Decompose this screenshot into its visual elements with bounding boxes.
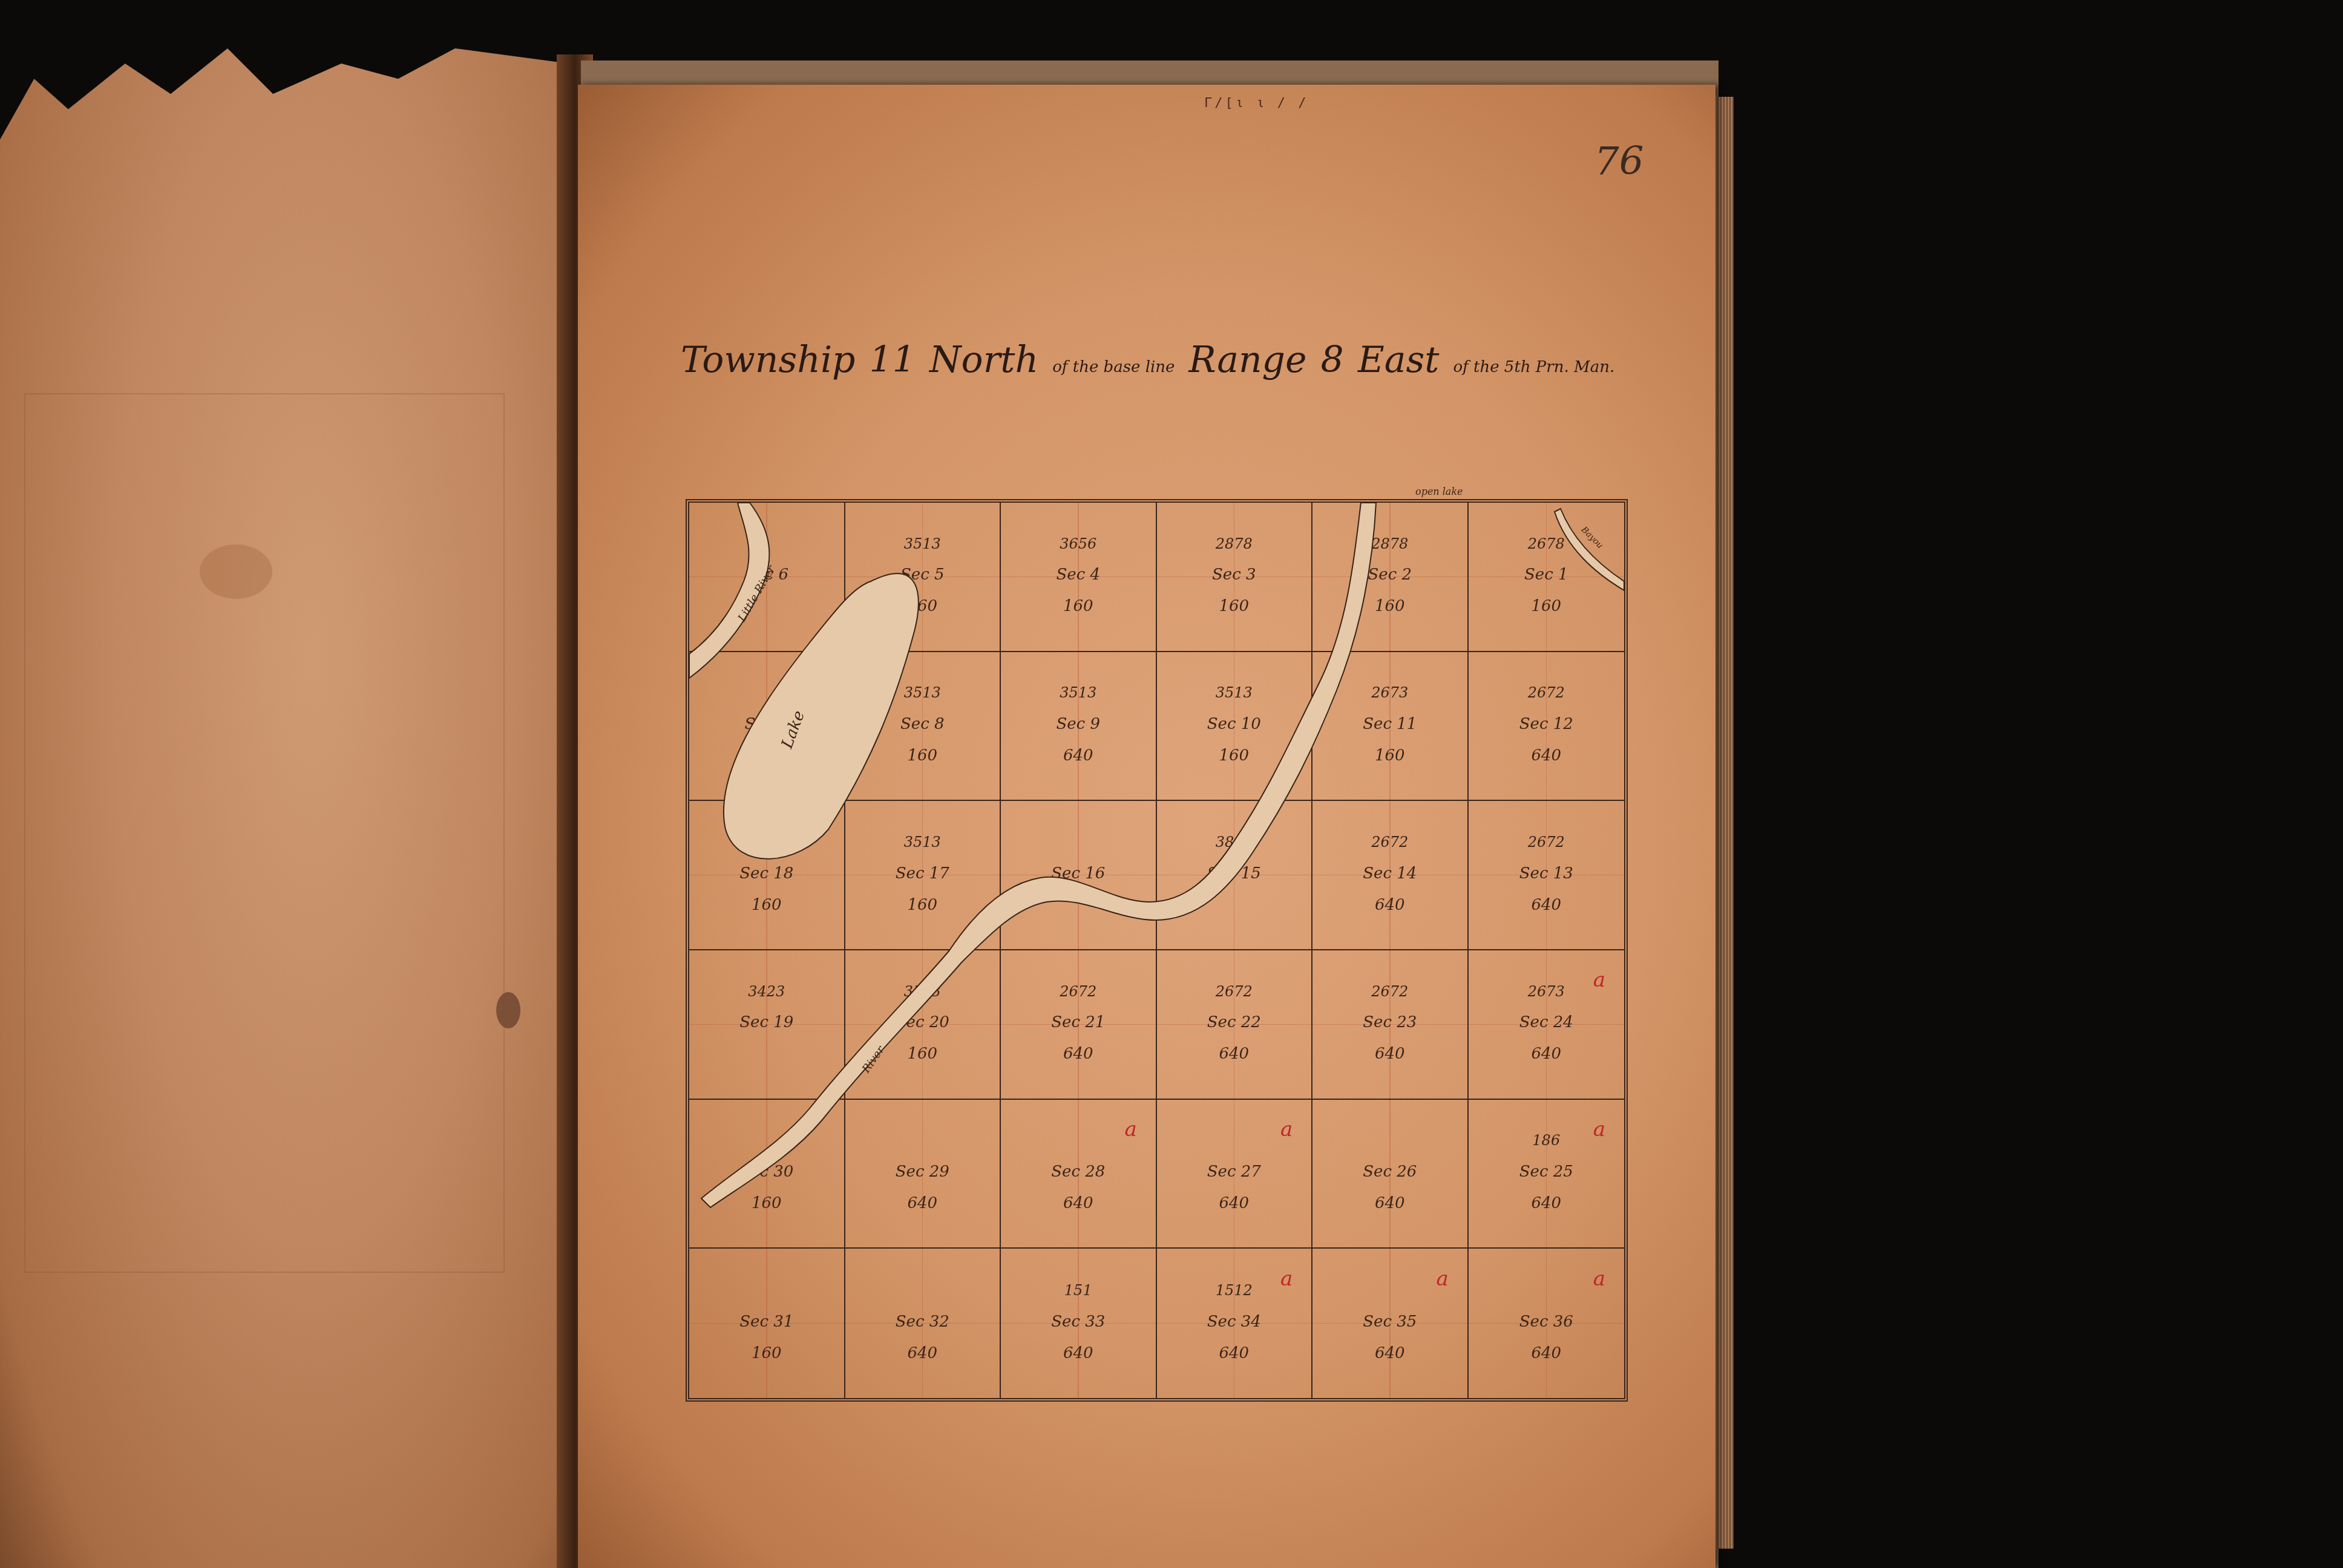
section-10: 3513Sec 10160 — [1157, 652, 1313, 802]
page-edges — [1715, 97, 1734, 1549]
section-label: Sec 4 — [1056, 566, 1100, 584]
section-29: Sec 29640 — [845, 1100, 1001, 1249]
section-label: Sec 15 — [1207, 864, 1261, 883]
section-31: Sec 31160 — [689, 1249, 845, 1398]
section-19: 3423Sec 19 — [689, 950, 845, 1100]
section-16: Sec 16 — [1001, 801, 1157, 950]
section-label: Sec 1 — [1524, 566, 1568, 584]
section-label: Sec 36 — [1519, 1313, 1573, 1331]
page-title: Township 11 North of the base line Range… — [681, 339, 1649, 381]
section-20: 3513Sec 20160 — [845, 950, 1001, 1100]
section-28: Sec 28640a — [1001, 1100, 1157, 1249]
section-30: Sec 30160 — [689, 1100, 845, 1249]
faint-frame — [24, 393, 505, 1273]
section-label: Sec 31 — [739, 1313, 793, 1331]
section-5: 3513Sec 5160 — [845, 503, 1001, 652]
section-label: Sec 13 — [1519, 864, 1573, 883]
page-number: 76 — [1594, 139, 1643, 184]
title-range-word: Range — [1189, 339, 1307, 381]
title-meridian: of the 5th Prn. Man. — [1453, 358, 1614, 376]
section-label: Sec 10 — [1207, 715, 1261, 733]
section-15: 3808Sec 15 — [1157, 801, 1313, 950]
right-page: Γ/[ι ι / / 76 Township 11 North of the b… — [578, 85, 1715, 1568]
section-1: 2678Sec 1160 — [1469, 503, 1625, 652]
section-2: 2878Sec 2160 — [1312, 503, 1469, 652]
section-label: Sec 18 — [739, 864, 793, 883]
section-24: 2673Sec 24640a — [1469, 950, 1625, 1100]
title-base-line: of the base line — [1052, 358, 1175, 376]
title-township-word: Township — [681, 339, 856, 381]
section-label: Sec 22 — [1207, 1013, 1261, 1031]
section-label: Sec 16 — [1051, 864, 1105, 883]
section-label: Sec 28 — [1051, 1163, 1105, 1181]
section-23: 2672Sec 23640 — [1312, 950, 1469, 1100]
section-label: Sec 33 — [1051, 1313, 1105, 1331]
top-mark: Γ/[ι ι / / — [1204, 96, 1308, 111]
section-32: Sec 32640 — [845, 1249, 1001, 1398]
section-label: Sec 24 — [1519, 1013, 1573, 1031]
section-label: Sec 12 — [1519, 715, 1573, 733]
section-26: Sec 26640 — [1312, 1100, 1469, 1249]
section-8: 3513Sec 8160 — [845, 652, 1001, 802]
section-label: Sec 9 — [1056, 715, 1100, 733]
open-lake-note: open lake — [1415, 486, 1463, 497]
section-33: 151Sec 33640 — [1001, 1249, 1157, 1398]
section-25: 186Sec 25640a — [1469, 1100, 1625, 1249]
section-label: Sec 26 — [1363, 1163, 1417, 1181]
left-page — [0, 48, 569, 1568]
township-plat-map: Sec 6 3513Sec 5160 3656Sec 4160 2878Sec … — [686, 499, 1628, 1402]
section-label: Sec 34 — [1207, 1313, 1261, 1331]
section-12: 2672Sec 12640 — [1469, 652, 1625, 802]
section-label: Sec 27 — [1207, 1163, 1261, 1181]
section-14: 2672Sec 14640 — [1312, 801, 1469, 950]
section-9: 3513Sec 9640 — [1001, 652, 1157, 802]
section-label: Sec 35 — [1363, 1313, 1417, 1331]
section-11: 2673Sec 11160 — [1312, 652, 1469, 802]
title-range-number: 8 — [1321, 339, 1344, 381]
section-label: Sec 17 — [896, 864, 949, 883]
section-label: Sec 5 — [900, 566, 945, 584]
section-17: 3513Sec 17160 — [845, 801, 1001, 950]
section-27: Sec 27640a — [1157, 1100, 1313, 1249]
title-range-direction: East — [1358, 339, 1439, 381]
section-label: Sec 32 — [896, 1313, 949, 1331]
section-label: Sec 30 — [739, 1163, 793, 1181]
section-35: Sec 35640a — [1312, 1249, 1469, 1398]
title-direction: North — [929, 339, 1038, 381]
section-3: 2878Sec 3160 — [1157, 503, 1313, 652]
section-label: Sec 7 — [744, 715, 788, 733]
section-label: Sec 21 — [1051, 1013, 1105, 1031]
section-4: 3656Sec 4160 — [1001, 503, 1157, 652]
title-township-number: 11 — [870, 339, 916, 381]
section-label: Sec 2 — [1368, 566, 1412, 584]
section-22: 2672Sec 22640 — [1157, 950, 1313, 1100]
section-label: Sec 19 — [739, 1013, 793, 1031]
section-label: Sec 20 — [896, 1013, 949, 1031]
section-grid: Sec 6 3513Sec 5160 3656Sec 4160 2878Sec … — [689, 503, 1624, 1398]
section-34: 1512Sec 34640a — [1157, 1249, 1313, 1398]
section-label: Sec 3 — [1212, 566, 1256, 584]
section-label: Sec 29 — [896, 1163, 949, 1181]
section-label: Sec 14 — [1363, 864, 1417, 883]
section-label: Sec 11 — [1363, 715, 1417, 733]
section-18: 3423Sec 18160 — [689, 801, 845, 950]
section-label: Sec 8 — [900, 715, 945, 733]
section-36: Sec 36640a — [1469, 1249, 1625, 1398]
section-21: 2672Sec 21640 — [1001, 950, 1157, 1100]
section-7: Sec 7 — [689, 652, 845, 802]
section-label: Sec 23 — [1363, 1013, 1417, 1031]
section-13: 2672Sec 13640 — [1469, 801, 1625, 950]
section-label: Sec 25 — [1519, 1163, 1573, 1181]
